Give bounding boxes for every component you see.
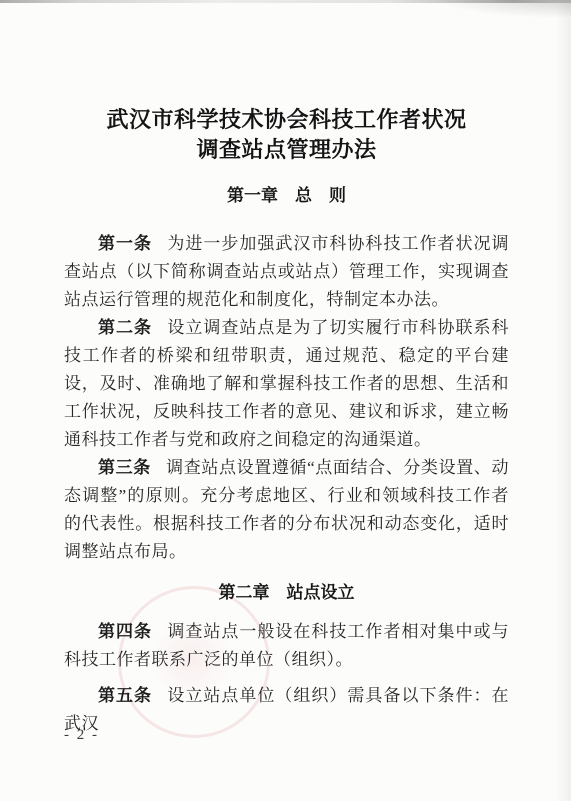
scanned-document-page: 武汉市科学技术协会科技工作者状况 调查站点管理办法 第一章 总 则 第一条为进一… [0,0,571,801]
article-4: 第四条调查站点一般设在科技工作者相对集中或与科技工作者联系广泛的单位（组织）。 [64,618,509,674]
article-1-label: 第一条 [98,234,152,253]
chapter-2-heading: 第二章 站点设立 [64,580,509,606]
page-number: - 2 - [64,726,99,744]
chapter-1-heading: 第一章 总 则 [64,183,509,209]
document-title-line-2: 调查站点管理办法 [64,135,509,165]
document-title-line-1: 武汉市科学技术协会科技工作者状况 [64,105,509,135]
article-2-text: 设立调查站点是为了切实履行市科协联系科技工作者的桥梁和纽带职责，通过规范、稳定的… [64,318,509,449]
document-title: 武汉市科学技术协会科技工作者状况 调查站点管理办法 [64,105,509,165]
article-3-label: 第三条 [98,458,151,477]
article-1: 第一条为进一步加强武汉市科协科技工作者状况调查站点（以下简称调查站点或站点）管理… [64,230,509,314]
article-5-label: 第五条 [98,686,152,705]
article-4-label: 第四条 [98,622,152,641]
article-2-label: 第二条 [98,318,152,337]
scan-right-shadow [555,0,571,801]
article-3: 第三条调查站点设置遵循“点面结合、分类设置、动态调整”的原则。充分考虑地区、行业… [64,454,509,566]
document-body: 武汉市科学技术协会科技工作者状况 调查站点管理办法 第一章 总 则 第一条为进一… [64,0,509,738]
article-5: 第五条设立站点单位（组织）需具备以下条件：在武汉 [64,682,509,738]
article-2: 第二条设立调查站点是为了切实履行市科协联系科技工作者的桥梁和纽带职责，通过规范、… [64,314,509,454]
